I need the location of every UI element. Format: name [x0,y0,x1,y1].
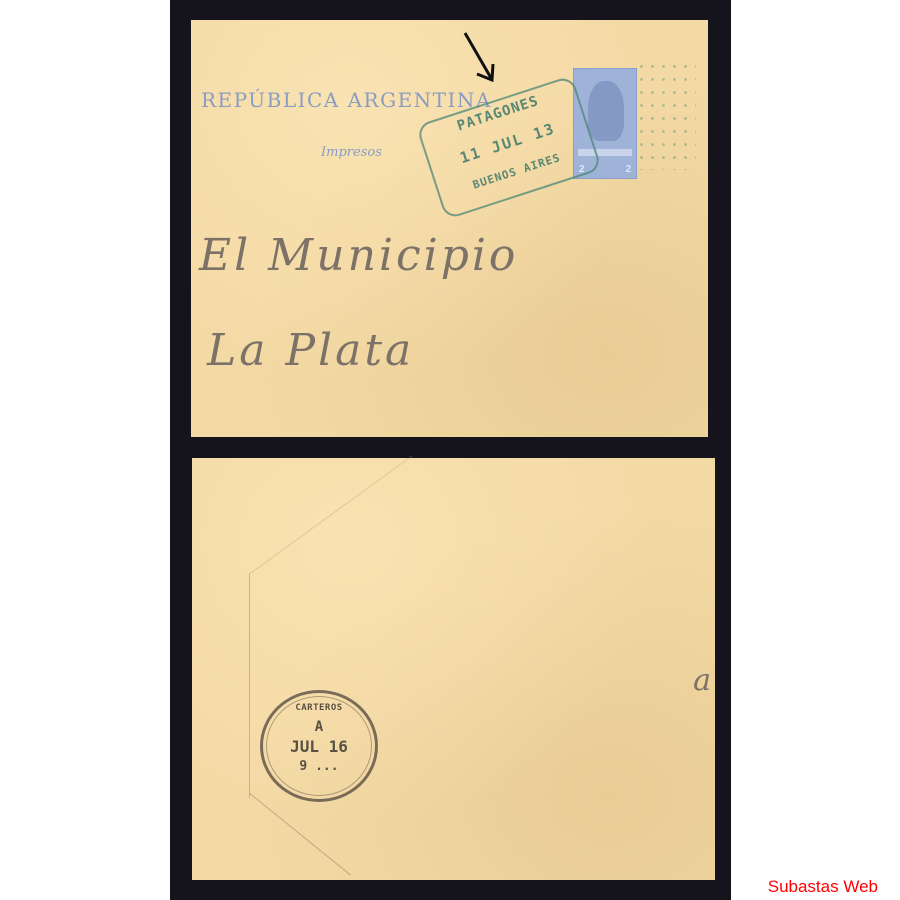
wrapper-back: CARTEROS A JUL 16 9 ... a [192,458,715,880]
postmark-year: 9 ... [263,759,375,774]
address-line-2: La Plata [207,325,414,376]
ink-speckles [636,60,696,170]
postmark-letter: A [263,719,375,735]
circular-postmark: CARTEROS A JUL 16 9 ... [260,690,378,802]
fold-line [249,573,250,798]
watermark-text: Subastas Web [768,877,878,897]
fold-line [250,455,412,573]
arrow-icon [461,30,501,88]
wrapper-front: REPÚBLICA ARGENTINA Impresos 2 2 PATAGON… [191,20,708,437]
edge-handwriting: a [693,663,711,698]
stamp-portrait [588,81,624,141]
header-subtitle: Impresos [321,145,382,160]
postmark-date: JUL 16 [263,737,375,756]
header-title: REPÚBLICA ARGENTINA [201,88,492,112]
stamp-value-right: 2 [625,164,631,175]
fold-line [249,793,351,876]
address-line-1: El Municipio [199,230,518,281]
postmark-arc-text: CARTEROS [263,703,375,713]
